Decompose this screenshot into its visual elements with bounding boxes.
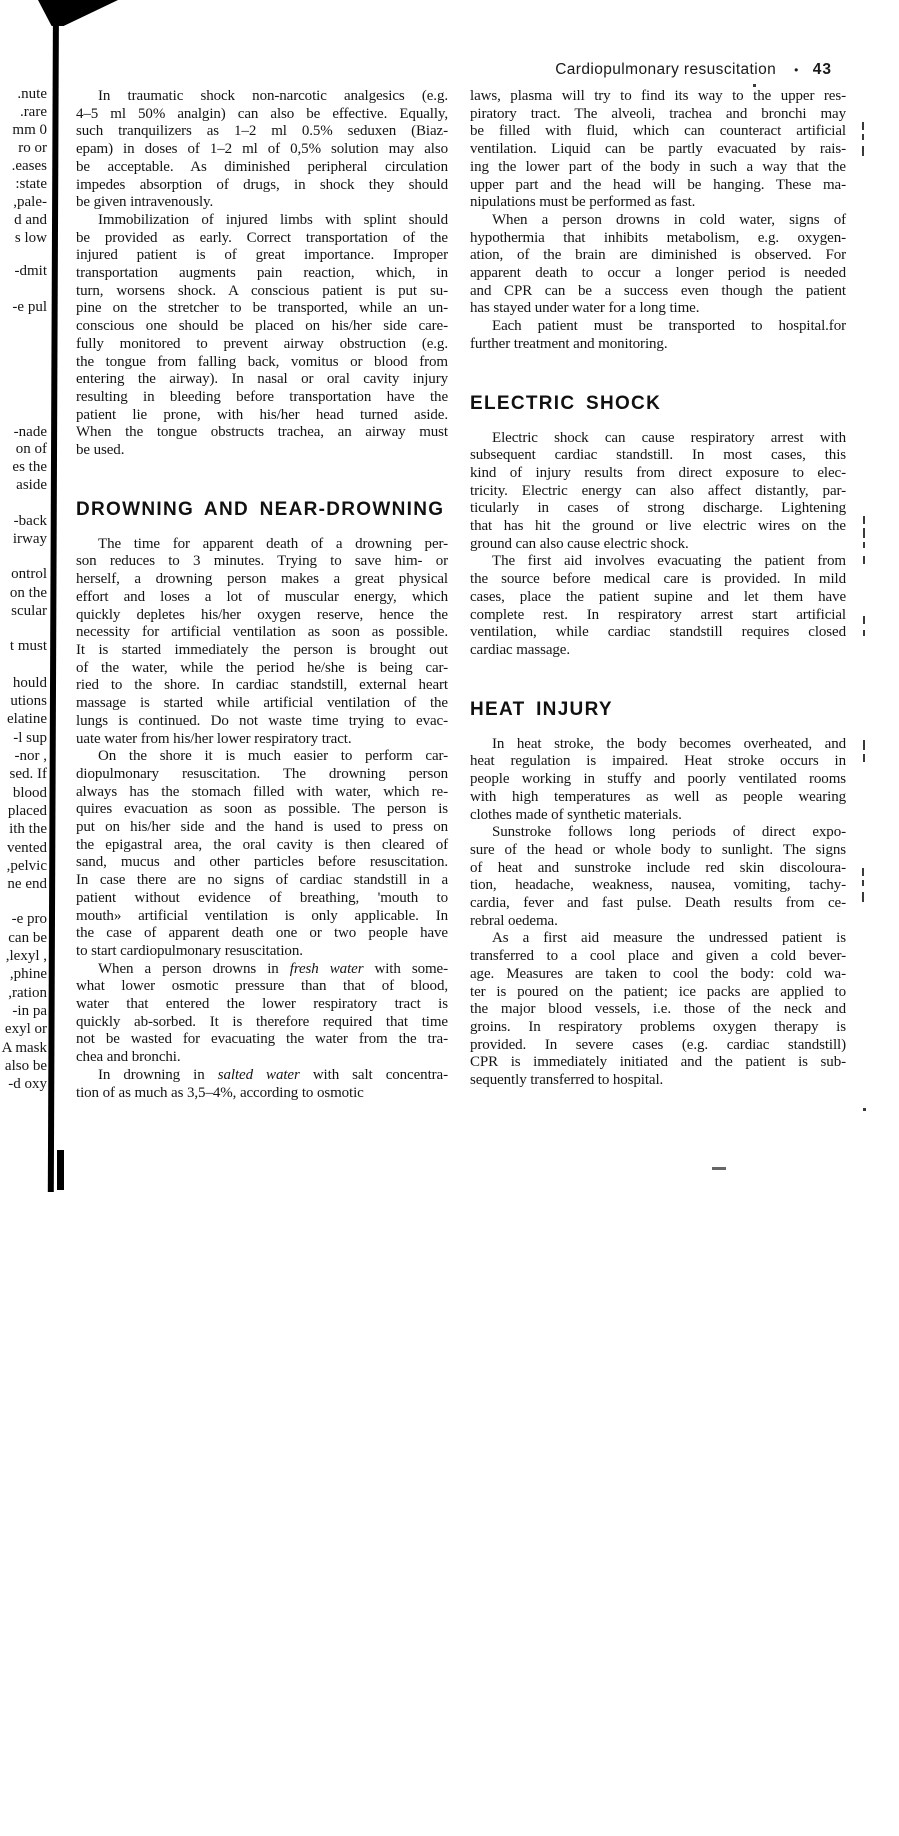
- text-line: cardiac massage.: [470, 642, 846, 660]
- cutoff-text-fragment: utions: [0, 693, 47, 709]
- text-line: In traumatic shock non-narcotic analgesi…: [76, 88, 448, 106]
- margin-fragments: nute.rare.0 mmro oreases.state:-pale,d a…: [0, 0, 48, 1200]
- text-line: Sunstroke follows long periods of direct…: [470, 824, 846, 842]
- text-line: In heat stroke, the body becomes overhea…: [470, 736, 846, 754]
- text-line: piratory tract. The alveoli, trachea and…: [470, 106, 846, 124]
- text-line: tion of as much as 3,5–4%, according to …: [76, 1085, 448, 1103]
- text-line: rebral oedema.: [470, 913, 846, 931]
- text-line: uate water from his/her lower respirator…: [76, 731, 448, 749]
- text-line: heat regulation is impaired. Heat stroke…: [470, 753, 846, 771]
- text-line: groins. In respiratory problems oxygen t…: [470, 1019, 846, 1037]
- cutoff-text-fragment: can be: [0, 930, 47, 946]
- text-line: tion, headache, weakness, nausea, vomiti…: [470, 877, 846, 895]
- text-line: necessity for artificial ventilation as …: [76, 624, 448, 642]
- paragraph: Sunstroke follows long periods of direct…: [470, 824, 846, 930]
- paragraph: On the shore it is much easier to perfor…: [76, 748, 448, 960]
- text-line: the case of apparent death one or two pe…: [76, 925, 448, 943]
- text-line: not be wasted for evacuating the water f…: [76, 1031, 448, 1049]
- text-line: ried to the shore. In cardiac standstill…: [76, 677, 448, 695]
- cutoff-text-fragment: elatine: [0, 711, 47, 727]
- scan-artifact: [863, 616, 865, 624]
- text-line: tricity. Electric energy can also affect…: [470, 483, 846, 501]
- text-line: mouth» artificial ventilation is only ap…: [76, 908, 448, 926]
- page-number: 43: [813, 61, 832, 79]
- paragraph: The time for apparent death of a drownin…: [76, 536, 448, 748]
- cutoff-text-fragment: ro or: [0, 140, 47, 156]
- text-line: 4–5 ml 50% analgin) can also be effectiv…: [76, 106, 448, 124]
- cutoff-text-fragment: l sup-: [0, 730, 47, 746]
- scan-artifact: [862, 146, 864, 156]
- cutoff-text-fragment: s low: [0, 230, 47, 246]
- text-line: quickly ab-sorbed. It is therefore requi…: [76, 1014, 448, 1032]
- text-line: son reduces to 3 minutes. Trying to save…: [76, 553, 448, 571]
- text-line: patient lie prone, with his/her head tur…: [76, 407, 448, 425]
- text-line: Electric shock can cause respiratory arr…: [470, 430, 846, 448]
- text-line: apparent death to occur a longer period …: [470, 265, 846, 283]
- text-line: ing the lower part of the body in such a…: [470, 159, 846, 177]
- text-line: complete rest. In respiratory arrest sta…: [470, 607, 846, 625]
- section-heading: ELECTRIC SHOCK: [470, 394, 846, 414]
- cutoff-text-fragment: exyl or: [0, 1021, 47, 1037]
- text-line: provided. In severe cases (e.g. cardiac …: [470, 1037, 846, 1055]
- text-line: patient without evidence of breathing, '…: [76, 890, 448, 908]
- paragraph: Each patient must be transported to hosp…: [470, 318, 846, 353]
- cutoff-text-fragment: vented: [0, 840, 47, 856]
- cutoff-text-fragment: nade-: [0, 424, 47, 440]
- bullet-separator: •: [794, 63, 799, 77]
- scan-artifact: [863, 754, 865, 762]
- text-line: fully monitored to prevent airway obstru…: [76, 336, 448, 354]
- scan-artifact: [863, 740, 865, 750]
- text-line: of heat and sunstroke include red skin d…: [470, 860, 846, 878]
- cutoff-text-fragment: pelvic,: [0, 858, 47, 874]
- cutoff-text-fragment: in pa-: [0, 1003, 47, 1019]
- cutoff-text-fragment: rare.: [0, 104, 47, 120]
- text-line: ventilation. Liquid can be partly evacua…: [470, 141, 846, 159]
- text-line: always has the stomach filled with water…: [76, 784, 448, 802]
- text-line: On the shore it is much easier to perfor…: [76, 748, 448, 766]
- scan-binding-bar-end: [57, 1150, 64, 1190]
- text-line: ground can also cause electric shock.: [470, 536, 846, 554]
- text-line: what lower osmotic pressure than that of…: [76, 978, 448, 996]
- text-line: put on his/her side and the hand is used…: [76, 819, 448, 837]
- text-line: of the water, while the period he/she is…: [76, 660, 448, 678]
- text-line: When a person drowns in cold water, sign…: [470, 212, 846, 230]
- cutoff-text-fragment: ration,: [0, 985, 47, 1001]
- text-line: transferred to a cool place and given a …: [470, 948, 846, 966]
- text-line: The first aid involves evacuating the pa…: [470, 553, 846, 571]
- cutoff-text-fragment: back-: [0, 513, 47, 529]
- text-line: massage is started while artificial vent…: [76, 695, 448, 713]
- text-line: CPR is immediately initiated and the pat…: [470, 1054, 846, 1072]
- text-line: When the tongue obstructs trachea, an ai…: [76, 424, 448, 442]
- text-line: upper part and the head will be hanging.…: [470, 177, 846, 195]
- right-column: laws, plasma will try to find its way to…: [470, 88, 846, 1090]
- cutoff-text-fragment: -pale,: [0, 194, 47, 210]
- text-line: herself, a drowning person makes a great…: [76, 571, 448, 589]
- text-line: effort and loses a lot of muscular energ…: [76, 589, 448, 607]
- running-head-title: Cardiopulmonary resuscitation: [555, 61, 776, 79]
- text-line: laws, plasma will try to find its way to…: [470, 88, 846, 106]
- text-line: be given intravenously.: [76, 194, 448, 212]
- scan-artifact: [863, 516, 865, 524]
- page-header: Cardiopulmonary resuscitation • 43: [470, 61, 846, 79]
- scan-artifact: [862, 868, 864, 876]
- text-line: entering the airway). In nasal or oral c…: [76, 371, 448, 389]
- text-line: ation, of the brain are diminished is ob…: [470, 247, 846, 265]
- text-line: cardia, fever and fast pulse. Death resu…: [470, 895, 846, 913]
- text-line: sequently transferred to hospital.: [470, 1072, 846, 1090]
- text-line: the epigastral area, the oral cavity is …: [76, 837, 448, 855]
- cutoff-text-fragment: , nor-: [0, 748, 47, 764]
- cutoff-text-fragment: phine,: [0, 966, 47, 982]
- cutoff-text-fragment: on the: [0, 585, 47, 601]
- text-line: sand, mucus and other particles before r…: [76, 854, 448, 872]
- section-heading: HEAT INJURY: [470, 700, 846, 720]
- text-line: The time for apparent death of a drownin…: [76, 536, 448, 554]
- text-line: sure of the head or whole body to sunlig…: [470, 842, 846, 860]
- text-line: hypothermia that inhibits metabolism, e.…: [470, 230, 846, 248]
- paragraph: Immobilization of injured limbs with spl…: [76, 212, 448, 460]
- text-line: pine on the stretcher to be transported,…: [76, 300, 448, 318]
- text-line: be acceptable. As diminished peripheral …: [76, 159, 448, 177]
- cutoff-text-fragment: scular: [0, 603, 47, 619]
- paragraph: laws, plasma will try to find its way to…: [470, 88, 846, 212]
- text-line: ventilation, while cardiac standstill re…: [470, 624, 846, 642]
- book-page: nute.rare.0 mmro oreases.state:-pale,d a…: [0, 0, 899, 1836]
- text-line: the source before medical care is provid…: [470, 571, 846, 589]
- text-line: be used.: [76, 442, 448, 460]
- paragraph: As a first aid measure the undressed pat…: [470, 930, 846, 1089]
- scan-artifact: [863, 1108, 866, 1111]
- text-line: quickly depletes his/her oxygen reserve,…: [76, 607, 448, 625]
- cutoff-text-fragment: ith the: [0, 821, 47, 837]
- paragraph: When a person drowns in fresh water with…: [76, 961, 448, 1067]
- text-line: In drowning in salted water with salt co…: [76, 1067, 448, 1085]
- text-line: Each patient must be transported to hosp…: [470, 318, 846, 336]
- text-line: resulting in bleeding before transportat…: [76, 389, 448, 407]
- text-line: transportation augments pain reaction, w…: [76, 265, 448, 283]
- text-line: turn, worsens shock. A conscious patient…: [76, 283, 448, 301]
- text-line: further treatment and monitoring.: [470, 336, 846, 354]
- paragraph: When a person drowns in cold water, sign…: [470, 212, 846, 318]
- left-column: In traumatic shock non-narcotic analgesi…: [76, 88, 448, 1102]
- cutoff-text-fragment: , lexyl,: [0, 948, 47, 964]
- cutoff-text-fragment: e pro-: [0, 911, 47, 927]
- cutoff-text-fragment: t must: [0, 638, 47, 654]
- text-line: cases, place the patient supine and let …: [470, 589, 846, 607]
- cutoff-text-fragment: blood: [0, 785, 47, 801]
- cutoff-text-fragment: sed. If: [0, 766, 47, 782]
- text-line: subsequent cardiac standstill. In most c…: [470, 447, 846, 465]
- text-line: has stayed under water for a long time.: [470, 300, 846, 318]
- text-line: impedes absorption of drugs, in shock th…: [76, 177, 448, 195]
- cutoff-text-fragment: d and: [0, 212, 47, 228]
- text-line: with high temperatures as well as people…: [470, 789, 846, 807]
- cutoff-text-fragment: 0 mm: [0, 122, 47, 138]
- section-heading: DROWNING AND NEAR-DROWNING: [76, 500, 448, 520]
- text-line: the major blood vessels, i.e. those of t…: [470, 1001, 846, 1019]
- paragraph: Electric shock can cause respiratory arr…: [470, 430, 846, 554]
- cutoff-text-fragment: hould: [0, 675, 47, 691]
- text-line: Immobilization of injured limbs with spl…: [76, 212, 448, 230]
- text-line: to start cardiopulmonary resuscitation.: [76, 943, 448, 961]
- text-line: injured patient is of great importance. …: [76, 247, 448, 265]
- cutoff-text-fragment: ne end: [0, 876, 47, 892]
- scan-artifact: [863, 630, 865, 636]
- text-line: that has hit the ground or live electric…: [470, 518, 846, 536]
- text-line: lungs is continued. Do not waste time tr…: [76, 713, 448, 731]
- scan-artifact: [863, 556, 865, 564]
- text-line: and CPR can be a success even though the…: [470, 283, 846, 301]
- text-line: be provided as early. Correct transporta…: [76, 230, 448, 248]
- cutoff-text-fragment: eases.: [0, 158, 47, 174]
- text-line: people working in stuffy and poorly vent…: [470, 771, 846, 789]
- cutoff-text-fragment: aside: [0, 477, 47, 493]
- cutoff-text-fragment: d oxy-: [0, 1076, 47, 1092]
- paragraph: In traumatic shock non-narcotic analgesi…: [76, 88, 448, 212]
- text-line: water that entered the lower respiratory…: [76, 996, 448, 1014]
- text-line: kind of injury results from direct expos…: [470, 465, 846, 483]
- cutoff-text-fragment: on of: [0, 441, 47, 457]
- text-line: conscious one should be placed on his/he…: [76, 318, 448, 336]
- cutoff-text-fragment: e pul-: [0, 299, 47, 315]
- cutoff-text-fragment: irway: [0, 531, 47, 547]
- text-line: In case there are no signs of cardiac st…: [76, 872, 448, 890]
- cutoff-text-fragment: A mask: [0, 1040, 47, 1056]
- scan-binding-blob: [38, 0, 118, 26]
- paragraph: In drowning in salted water with salt co…: [76, 1067, 448, 1102]
- cutoff-text-fragment: placed: [0, 803, 47, 819]
- scan-artifact: [862, 892, 864, 902]
- scan-artifact: [862, 134, 864, 140]
- scan-artifact: [863, 542, 865, 548]
- text-line: epam) in doses of 1–2 ml of 0,5% solutio…: [76, 141, 448, 159]
- scan-artifact: [753, 84, 756, 87]
- text-line: chea and bronchi.: [76, 1049, 448, 1067]
- text-line: such tranquilizers as 1–2 ml 0.5% seduxe…: [76, 123, 448, 141]
- text-line: the tongue from falling back, vomitus or…: [76, 354, 448, 372]
- scan-artifact: [863, 528, 865, 538]
- text-line: quires evacuation as soon as possible. T…: [76, 801, 448, 819]
- cutoff-text-fragment: also be: [0, 1058, 47, 1074]
- text-line: clothes made of synthetic materials.: [470, 807, 846, 825]
- text-line: It is started immediately the person is …: [76, 642, 448, 660]
- cutoff-text-fragment: nute.: [0, 86, 47, 102]
- cutoff-text-fragment: es the: [0, 459, 47, 475]
- text-line: be filled with fluid, which can countera…: [470, 123, 846, 141]
- paragraph: The first aid involves evacuating the pa…: [470, 553, 846, 659]
- scan-binding-bar: [48, 0, 59, 1192]
- text-line: age. Measures are taken to cool the body…: [470, 966, 846, 984]
- text-line: nipulations must be performed as fast.: [470, 194, 846, 212]
- text-line: diopulmonary resuscitation. The drowning…: [76, 766, 448, 784]
- cutoff-text-fragment: dmit-: [0, 263, 47, 279]
- text-line: ticularly in cases of strong discharge. …: [470, 500, 846, 518]
- scan-artifact: [862, 880, 864, 886]
- text-line: When a person drowns in fresh water with…: [76, 961, 448, 979]
- paragraph: In heat stroke, the body becomes overhea…: [470, 736, 846, 825]
- text-line: ter is poured on the patient; ice packs …: [470, 984, 846, 1002]
- cutoff-text-fragment: ontrol: [0, 566, 47, 582]
- scan-artifact: [712, 1167, 726, 1170]
- cutoff-text-fragment: state:: [0, 176, 47, 192]
- scan-artifact: [862, 122, 864, 130]
- text-line: As a first aid measure the undressed pat…: [470, 930, 846, 948]
